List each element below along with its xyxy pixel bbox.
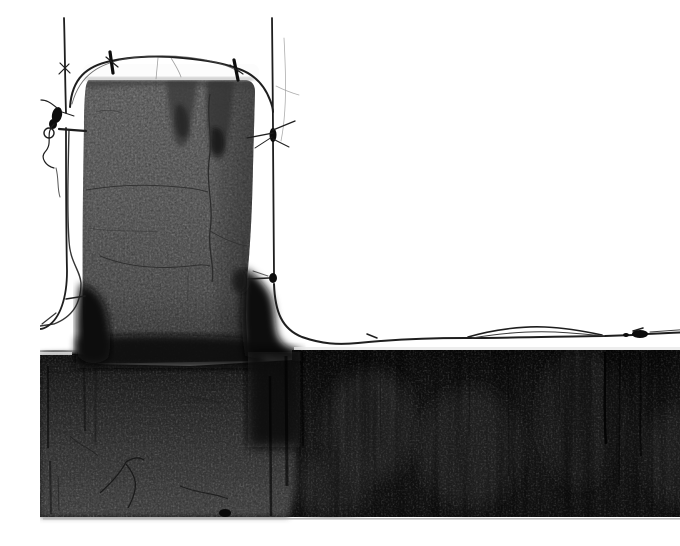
photo-canvas — [40, 16, 680, 530]
photograph — [40, 16, 680, 530]
wall-snow-shadow-right — [294, 347, 680, 350]
photo-border-line — [43, 518, 680, 520]
wall-snow-shadow-left — [40, 352, 72, 355]
